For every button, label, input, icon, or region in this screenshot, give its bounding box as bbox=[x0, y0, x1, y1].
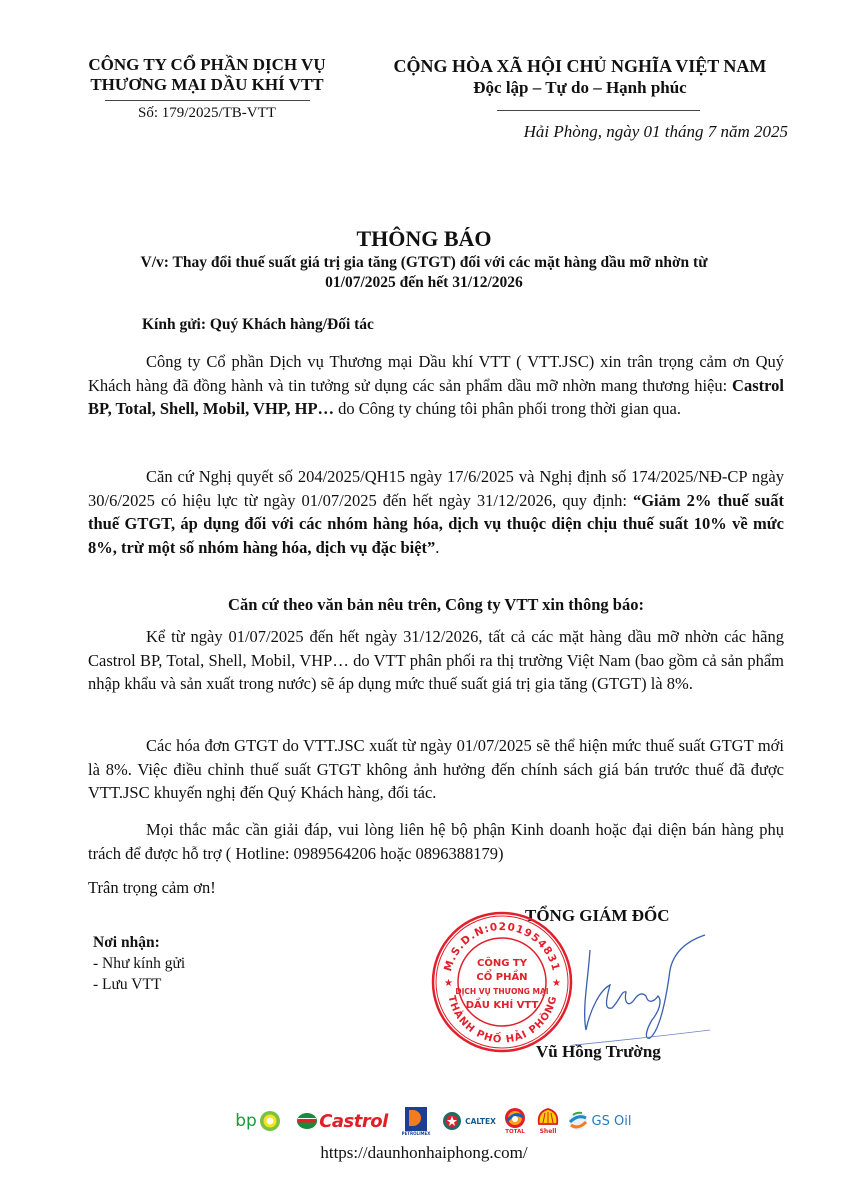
svg-text:DỊCH VỤ THƯƠNG MẠI: DỊCH VỤ THƯƠNG MẠI bbox=[455, 987, 548, 996]
petrolimex-logo: PETROLIMEX bbox=[402, 1103, 430, 1139]
document-subject: V/v: Thay đổi thuế suất giá trị gia tăng… bbox=[40, 253, 808, 293]
gs-oil-logo: GS Oil bbox=[566, 1103, 632, 1139]
organization-line-1: CÔNG TY CỔ PHẦN DỊCH VỤ bbox=[62, 55, 352, 75]
organization-line-2: THƯƠNG MẠI DẦU KHÍ VTT bbox=[62, 75, 352, 95]
recipients-label: Nơi nhận: bbox=[93, 932, 185, 953]
partner-logos: bp Castrol PETROLIMEX CALTEX TOTAL Shell… bbox=[232, 1103, 632, 1139]
place-date: Hải Phòng, ngày 01 tháng 7 năm 2025 bbox=[360, 122, 788, 142]
paragraph-invoices: Các hóa đơn GTGT do VTT.JSC xuất từ ngày… bbox=[88, 734, 784, 805]
document-number: Số: 179/2025/TB-VTT bbox=[62, 105, 352, 122]
bp-logo: bp bbox=[232, 1103, 284, 1139]
recipient-item: - Lưu VTT bbox=[93, 974, 185, 995]
motto-underline bbox=[497, 110, 700, 111]
paragraph-tax-rate: Kể từ ngày 01/07/2025 đến hết ngày 31/12… bbox=[88, 625, 784, 696]
subject-line-1: V/v: Thay đổi thuế suất giá trị gia tăng… bbox=[40, 253, 808, 273]
motto: Độc lập – Tự do – Hạnh phúc bbox=[360, 77, 800, 99]
greeting: Kính gửi: Quý Khách hàng/Đối tác bbox=[142, 316, 374, 334]
recipients: Nơi nhận: - Như kính gửi - Lưu VTT bbox=[93, 932, 185, 995]
total-logo: TOTAL bbox=[500, 1103, 530, 1139]
svg-text:CÔNG TY: CÔNG TY bbox=[477, 956, 528, 969]
website-url[interactable]: https://daunhonhaiphong.com/ bbox=[200, 1143, 648, 1163]
signatory-name: Vũ Hồng Trường bbox=[536, 1042, 661, 1062]
company-seal: M.S.D.N:0201954831 THÀNH PHỐ HẢI PHÒNG ★… bbox=[430, 910, 575, 1055]
organization-underline bbox=[105, 100, 310, 101]
svg-text:★: ★ bbox=[552, 978, 561, 989]
shell-logo: Shell bbox=[534, 1103, 562, 1139]
svg-text:DẦU KHÍ VTT: DẦU KHÍ VTT bbox=[466, 997, 539, 1011]
organization-name: CÔNG TY CỔ PHẦN DỊCH VỤ THƯƠNG MẠI DẦU K… bbox=[62, 55, 352, 95]
closing-thanks: Trân trọng cảm ơn! bbox=[88, 876, 784, 900]
caltex-logo: CALTEX bbox=[437, 1103, 501, 1139]
announcement-heading: Căn cứ theo văn bản nêu trên, Công ty VT… bbox=[88, 593, 784, 617]
intro-text: Công ty Cổ phần Dịch vụ Thương mại Dầu k… bbox=[88, 352, 784, 395]
paragraph-intro: Công ty Cổ phần Dịch vụ Thương mại Dầu k… bbox=[88, 350, 784, 421]
national-header: CỘNG HÒA XÃ HỘI CHỦ NGHĨA VIỆT NAM Độc l… bbox=[360, 55, 800, 99]
paragraph-contact: Mọi thắc mắc cần giải đáp, vui lòng liên… bbox=[88, 818, 784, 865]
paragraph-legal-basis: Căn cứ Nghị quyết số 204/2025/QH15 ngày … bbox=[88, 465, 784, 559]
subject-line-2: 01/07/2025 đến hết 31/12/2026 bbox=[40, 273, 808, 293]
recipient-item: - Như kính gửi bbox=[93, 953, 185, 974]
svg-text:★: ★ bbox=[444, 978, 453, 989]
castrol-logo: Castrol bbox=[290, 1103, 394, 1139]
handwritten-signature bbox=[570, 930, 710, 1055]
nation-line: CỘNG HÒA XÃ HỘI CHỦ NGHĨA VIỆT NAM bbox=[360, 55, 800, 77]
document-title: THÔNG BÁO bbox=[40, 226, 808, 252]
intro-text-end: do Công ty chúng tôi phân phối trong thờ… bbox=[334, 399, 681, 418]
legal-basis-end: . bbox=[435, 538, 439, 557]
svg-text:CỔ PHẦN: CỔ PHẦN bbox=[476, 968, 527, 983]
